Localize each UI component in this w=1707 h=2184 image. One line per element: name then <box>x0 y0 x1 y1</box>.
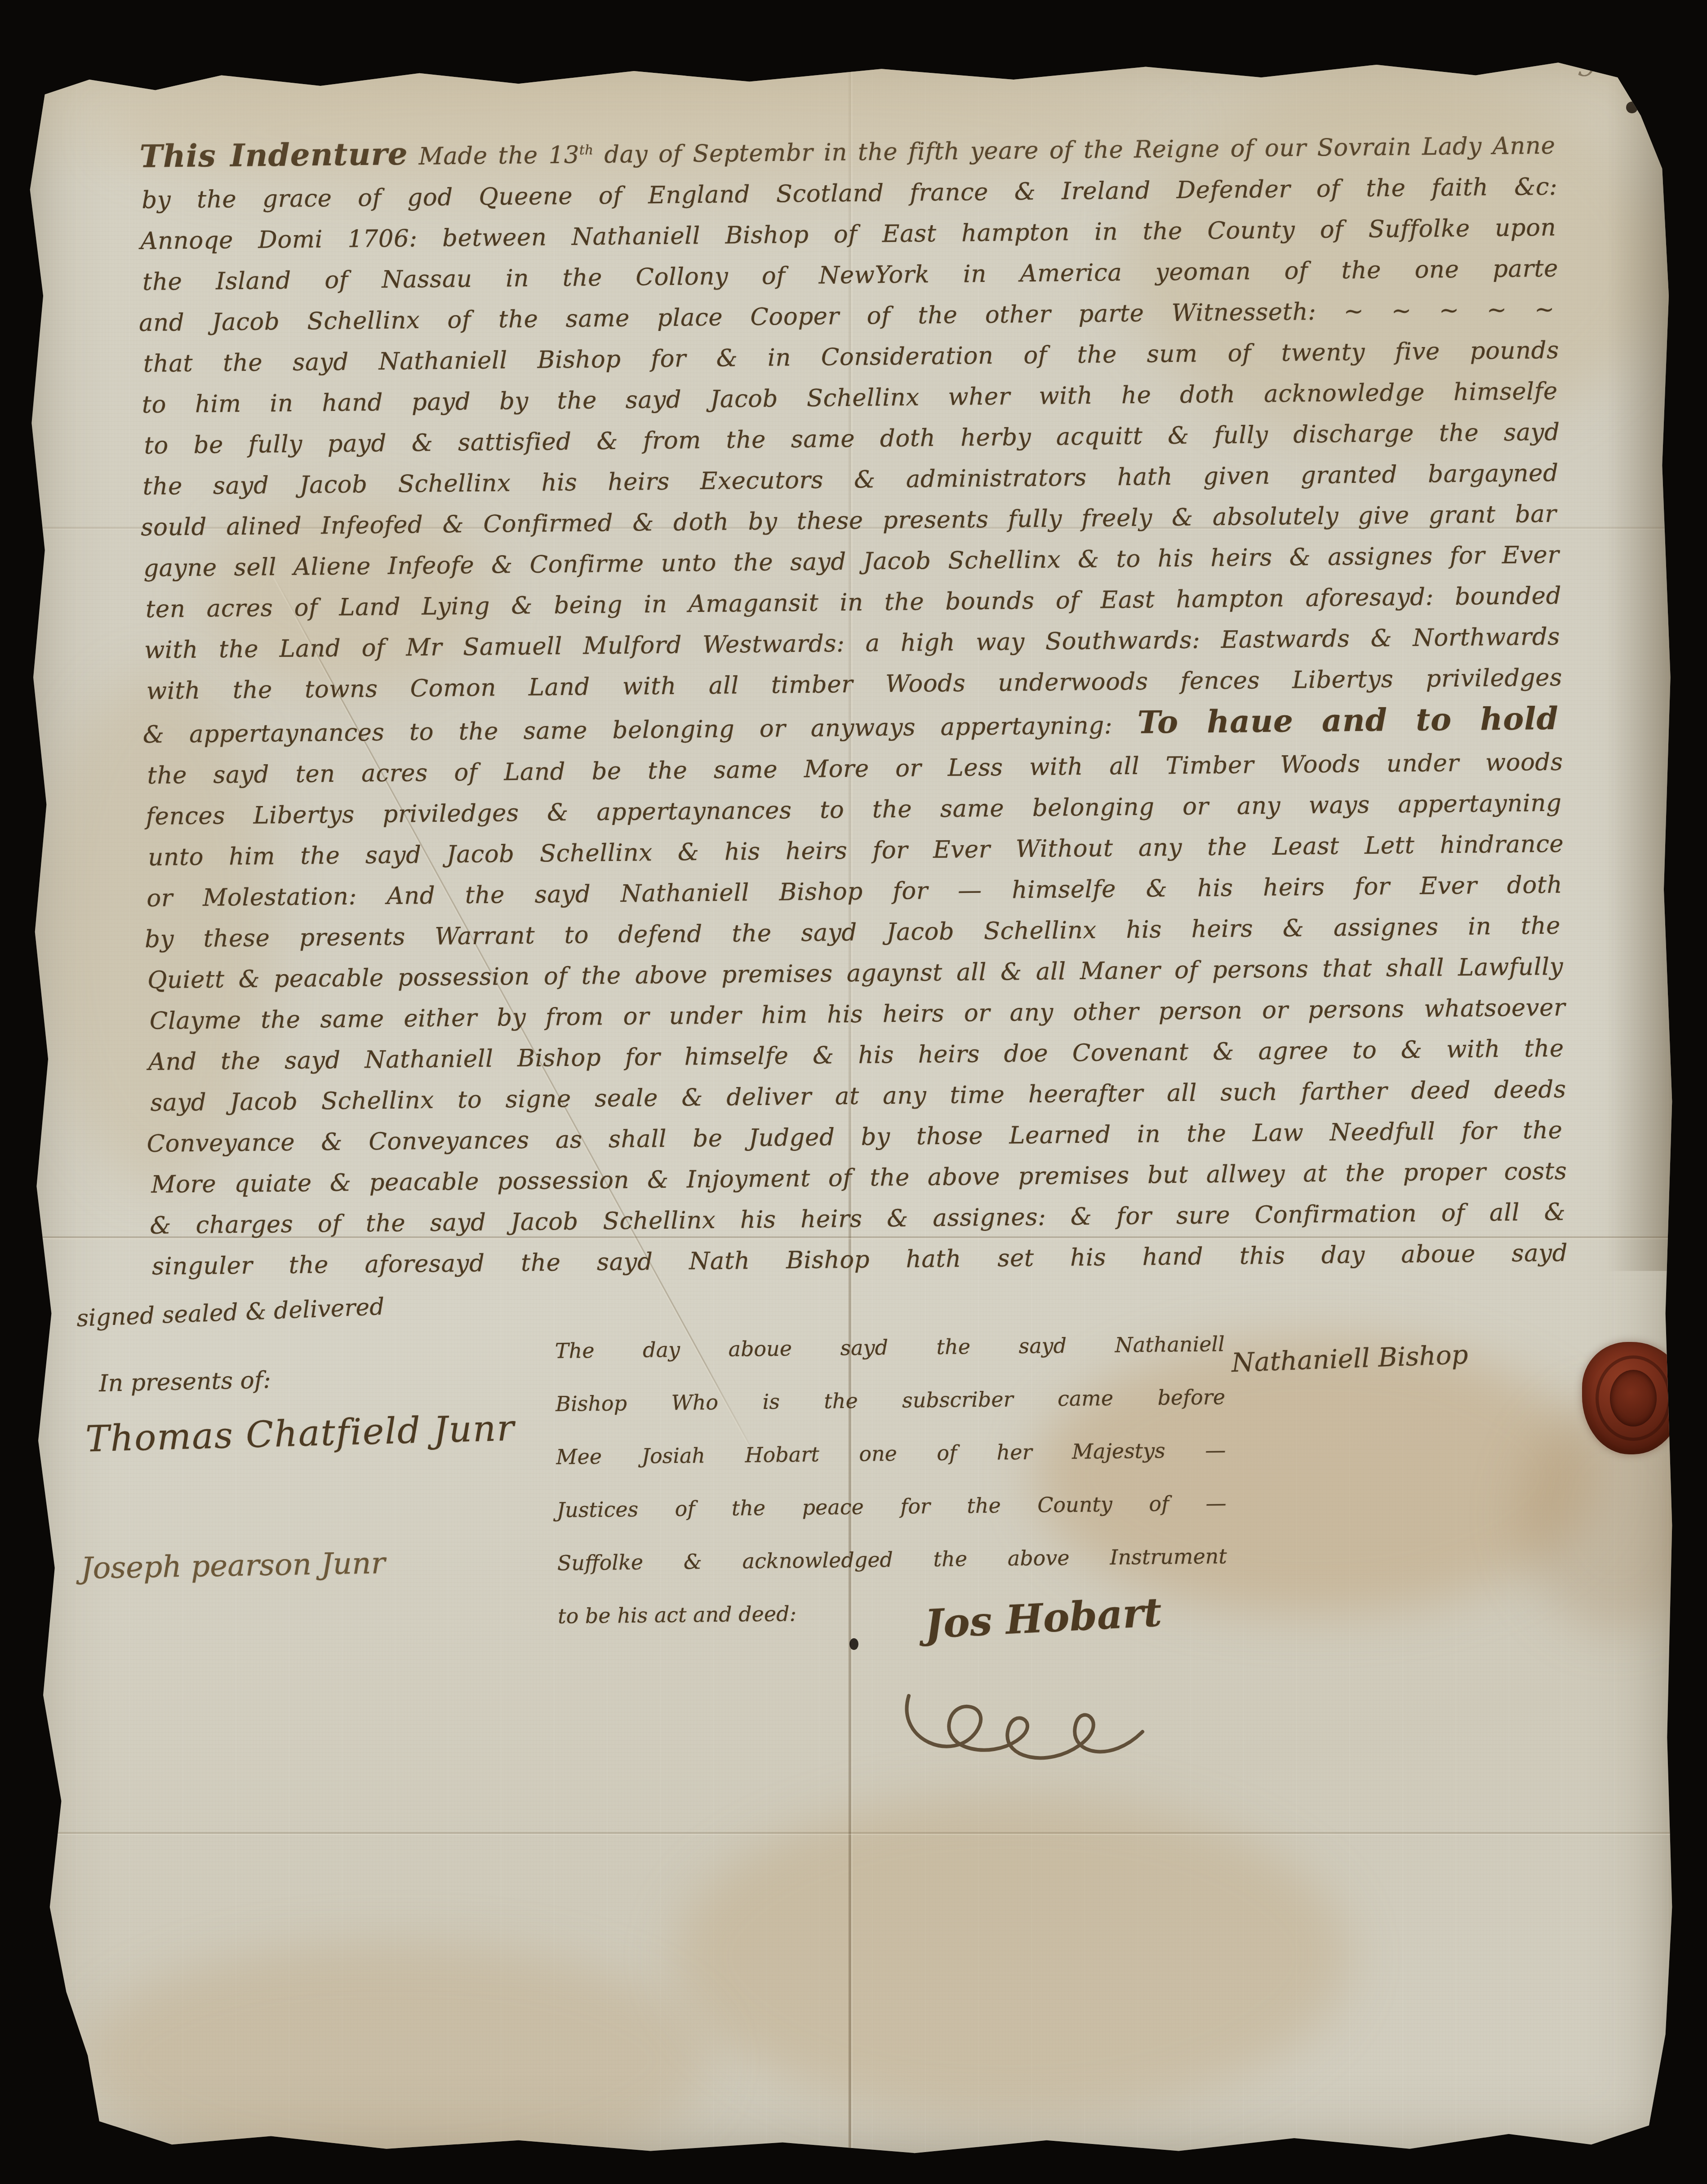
page-number: 9 <box>1576 49 1599 85</box>
paper-hole <box>849 1638 858 1650</box>
paper-hole <box>1626 102 1638 113</box>
grantor-signature: Nathaniell Bishop <box>1231 1339 1469 1378</box>
edge-shadow <box>1606 41 1674 1271</box>
attestation-line: The day aboue sayd the sayd Nathaniell <box>555 1317 1225 1377</box>
edge-blotch <box>23 1343 35 1379</box>
signature-flourish <box>900 1678 1151 1781</box>
manuscript-body: This Indenture Made the 13th day of Sept… <box>139 120 1566 1287</box>
wax-seal <box>1582 1342 1685 1454</box>
attestation-line: Suffolke & acknowledged the above Instru… <box>557 1529 1227 1590</box>
closing-note-line: In presents of: <box>98 1367 271 1397</box>
witness-signature: Joseph pearson Junr <box>80 1546 385 1586</box>
scan-background: 9 This Indenture Made the 13th day of Se… <box>0 0 1707 2184</box>
attestation-line: Bishop Who is the subscriber came before <box>556 1370 1226 1431</box>
attestation-line: Justices of the peace for the County of … <box>556 1476 1227 1537</box>
closing-note-line: signed sealed & delivered <box>76 1293 385 1332</box>
attestation-line: Mee Josiah Hobart one of her Majestys — <box>556 1423 1226 1484</box>
stain <box>675 1795 1349 2118</box>
horizontal-fold-crease <box>23 1832 1674 1834</box>
document-paper: 9 This Indenture Made the 13th day of Se… <box>23 41 1674 2162</box>
stain <box>82 1943 711 2177</box>
witness-signature: Thomas Chatfield Junr <box>85 1407 516 1460</box>
